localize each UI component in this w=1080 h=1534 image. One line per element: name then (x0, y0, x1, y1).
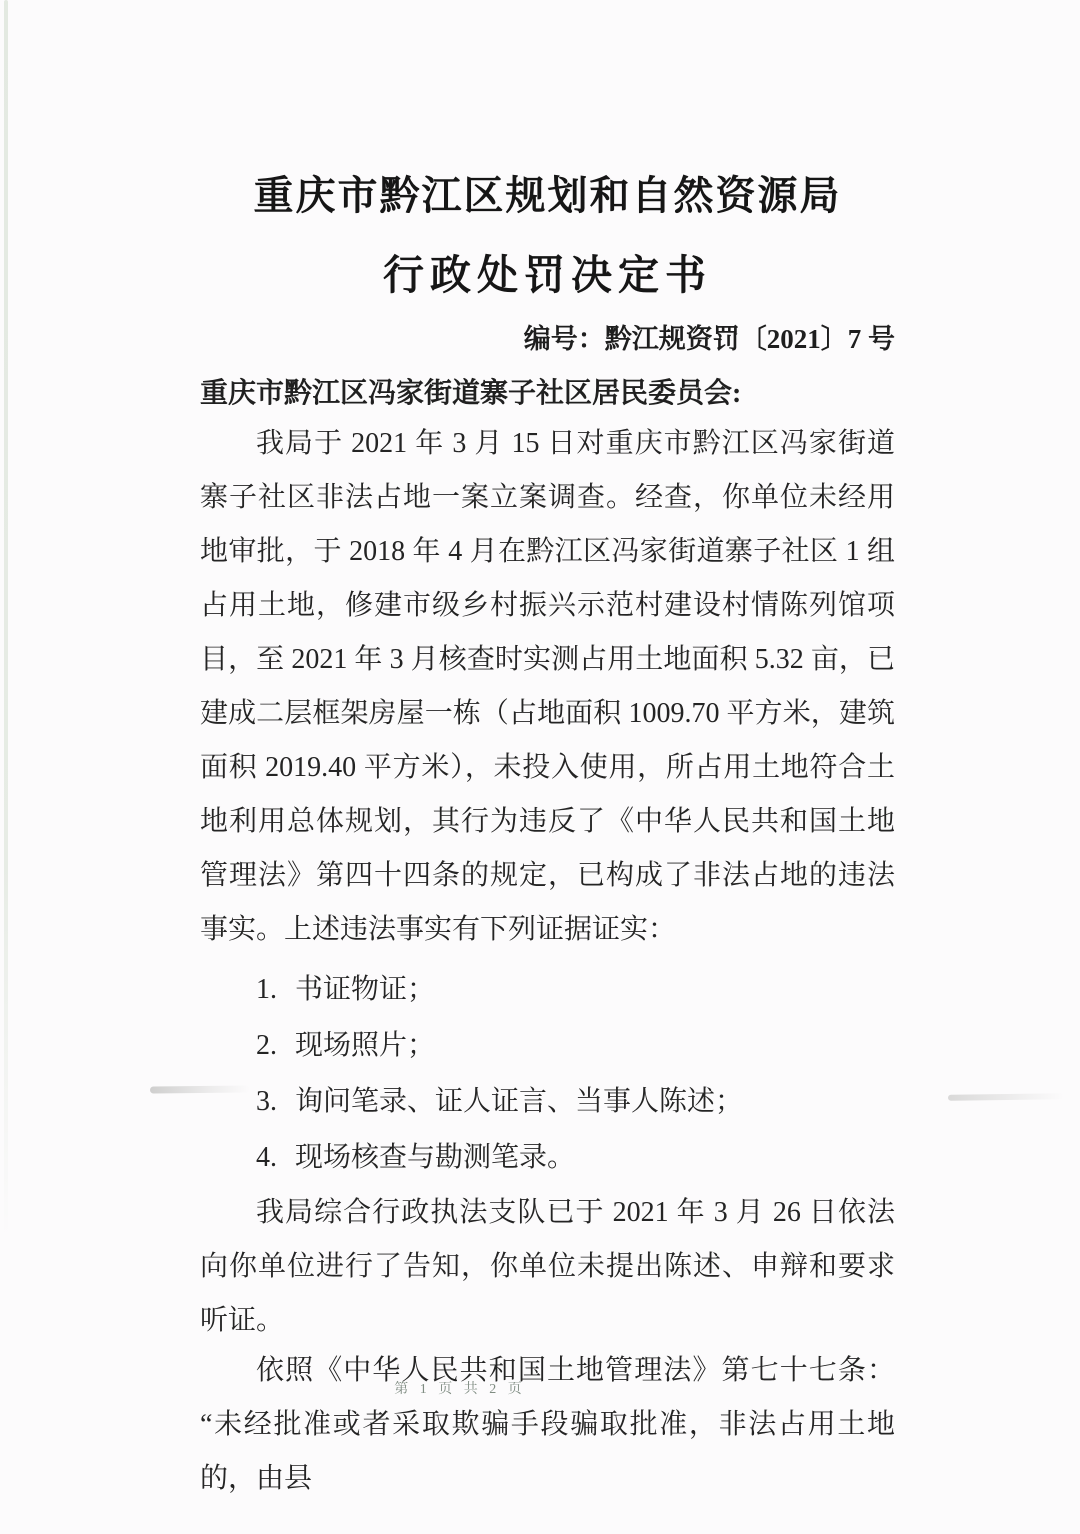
evidence-item-3: 3.询问笔录、证人证言、当事人陈述； (200, 1074, 895, 1130)
scan-smudge-right-artifact (948, 1093, 1064, 1101)
evidence-item-text: 询问笔录、证人证言、当事人陈述； (295, 1086, 743, 1117)
doc-number: 编号：黔江规资罚〔2021〕7 号 (200, 322, 895, 356)
body-paragraph-1: 我局于 2021 年 3 月 15 日对重庆市黔江区冯家街道寨子社区非法占地一案… (200, 417, 895, 957)
evidence-item-number: 1. (256, 962, 277, 1018)
org-title: 重庆市黔江区规划和自然资源局 (200, 172, 895, 220)
page-number-indicator: 第 1 页 共 2 页 (0, 1378, 920, 1398)
scan-edge-artifact (4, 0, 8, 1240)
evidence-item-number: 3. (256, 1074, 277, 1130)
evidence-item-text: 现场照片； (295, 1030, 435, 1061)
evidence-item-number: 2. (256, 1018, 277, 1074)
evidence-item-text: 书证物证； (295, 974, 435, 1005)
document-content: 重庆市黔江区规划和自然资源局 行政处罚决定书 编号：黔江规资罚〔2021〕7 号… (200, 0, 895, 1506)
evidence-item-number: 4. (256, 1130, 277, 1186)
body-paragraph-3: 依照《中华人民共和国土地管理法》第七十七条：“未经批准或者采取欺骗手段骗取批准，… (200, 1344, 895, 1506)
body-paragraph-2: 我局综合行政执法支队已于 2021 年 3 月 26 日依法向你单位进行了告知，… (200, 1186, 895, 1348)
evidence-item-2: 2.现场照片； (200, 1018, 895, 1074)
evidence-item-4: 4.现场核查与勘测笔录。 (200, 1130, 895, 1186)
doc-type-title: 行政处罚决定书 (200, 250, 895, 300)
recipient-line: 重庆市黔江区冯家街道寨子社区居民委员会: (200, 376, 895, 412)
evidence-list: 1.书证物证； 2.现场照片； 3.询问笔录、证人证言、当事人陈述； 4.现场核… (200, 962, 895, 1186)
evidence-item-text: 现场核查与勘测笔录。 (295, 1142, 575, 1173)
evidence-item-1: 1.书证物证； (200, 962, 895, 1018)
scanned-document-page: 重庆市黔江区规划和自然资源局 行政处罚决定书 编号：黔江规资罚〔2021〕7 号… (0, 0, 1080, 1534)
